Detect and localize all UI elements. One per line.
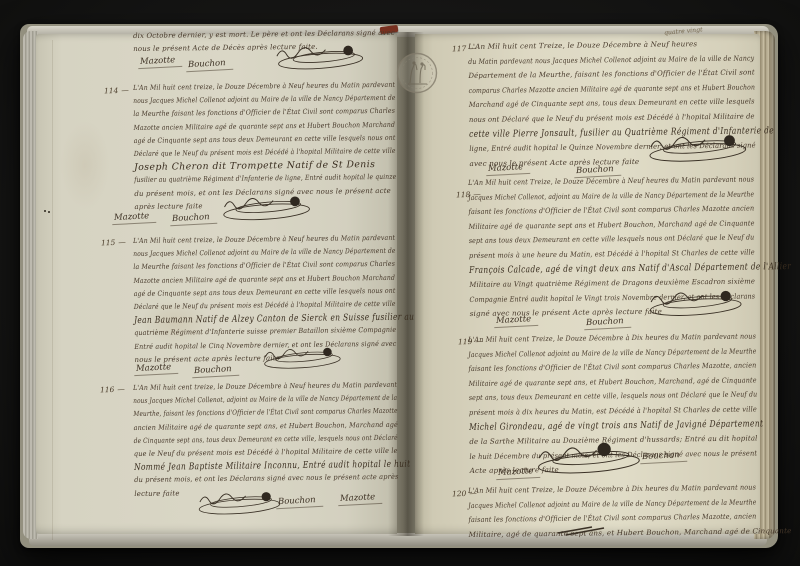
signature-mazotte: Mazotte — [138, 55, 183, 69]
entry-text: L'An Mil huit cent treize, le Douze Déce… — [133, 379, 398, 501]
photo-background: dix Octobre dernier, y est mort. Le père… — [0, 0, 800, 566]
entry-number: 116— — [100, 385, 125, 395]
signature-paraph-icon — [268, 40, 370, 74]
signature-mazotte: Mazotte — [486, 162, 531, 176]
signature-mazotte: Mazotte — [338, 492, 383, 506]
signature-paraph-icon — [185, 486, 291, 518]
signature-paraph-icon — [205, 190, 325, 224]
signature-bouchon: Bouchon — [192, 364, 239, 378]
circular-embossed-stamp-icon — [395, 49, 440, 97]
entry-number: 115— — [101, 238, 126, 248]
signature-bouchon: Bouchon — [584, 316, 631, 330]
left-page-fold-line — [52, 40, 53, 540]
signature-paraph-icon — [248, 342, 354, 372]
signature-bouchon: Bouchon — [640, 450, 687, 464]
ink-dot — [44, 210, 46, 212]
signature-mazotte: Mazotte — [134, 362, 179, 376]
signature-mazotte: Mazotte — [494, 314, 539, 328]
double-dash-flourish-icon — [552, 524, 622, 536]
signature-paraph-icon — [528, 438, 646, 478]
signature-paraph-icon — [642, 284, 746, 320]
entry-number: 114— — [104, 86, 129, 96]
signature-mazotte: Mazotte — [112, 211, 157, 225]
ink-dot — [48, 211, 50, 213]
signature-bouchon: Bouchon — [186, 58, 233, 72]
signature-paraph-icon — [640, 128, 752, 166]
